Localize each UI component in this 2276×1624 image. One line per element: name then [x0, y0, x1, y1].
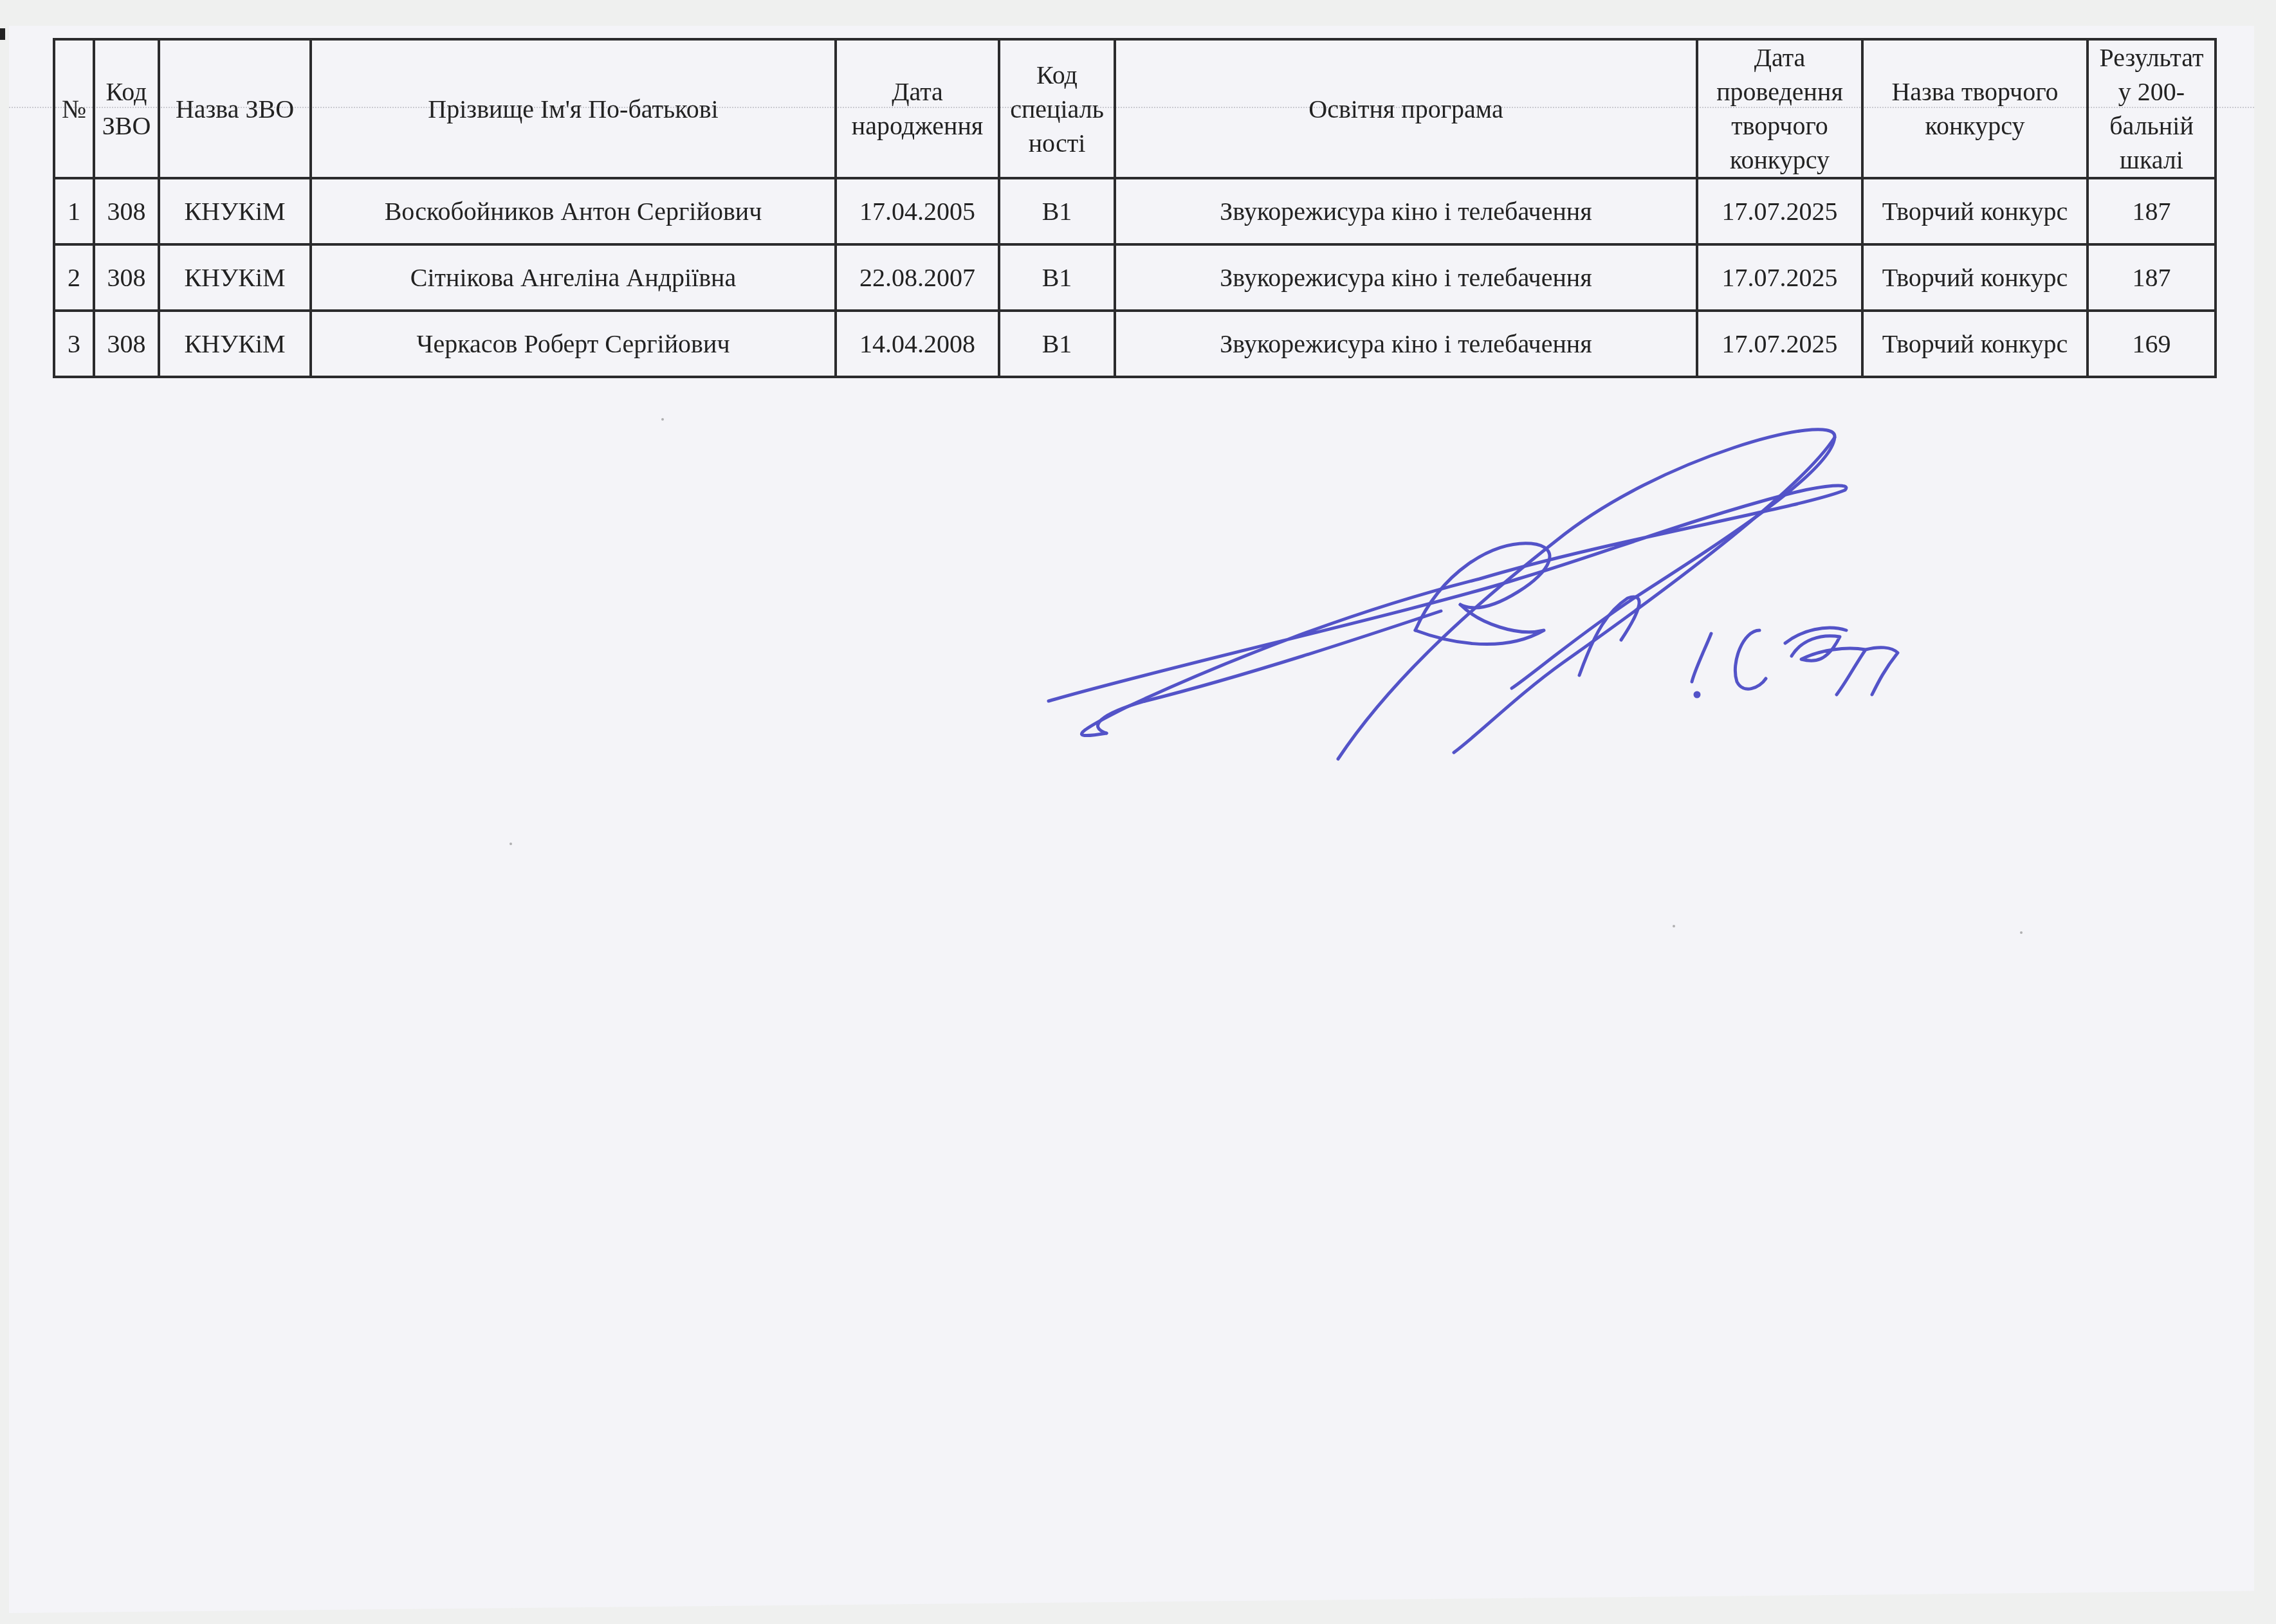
cell-birth-date: 14.04.2008	[836, 311, 999, 377]
header-number: №	[54, 39, 94, 178]
cell-score: 169	[2088, 311, 2216, 377]
header-institution-code: Код ЗВО	[94, 39, 159, 178]
cell-full-name: Воскобойников Антон Сергійович	[311, 178, 836, 244]
header-specialty-code: Код спеціаль ності	[999, 39, 1115, 178]
header-full-name: Прізвище Ім'я По-батькові	[311, 39, 836, 178]
cell-birth-date: 22.08.2007	[836, 244, 999, 311]
cell-institution-code: 308	[94, 311, 159, 377]
header-birth-date: Дата народження	[836, 39, 999, 178]
scan-dust	[661, 418, 664, 421]
cell-program: Звукорежисура кіно і телебачення	[1115, 244, 1697, 311]
scan-dust	[2020, 931, 2023, 934]
cell-institution-name: КНУКіМ	[159, 311, 311, 377]
signature-strokes	[1049, 430, 1898, 759]
cell-contest-date: 17.07.2025	[1697, 244, 1862, 311]
header-contest-name: Назва творчого конкурсу	[1862, 39, 2088, 178]
cell-specialty-code: B1	[999, 311, 1115, 377]
scan-edge-mark	[0, 28, 5, 40]
scan-dust	[1673, 925, 1675, 927]
cell-specialty-code: B1	[999, 244, 1115, 311]
cell-program: Звукорежисура кіно і телебачення	[1115, 178, 1697, 244]
cell-full-name: Сітнікова Ангеліна Андріївна	[311, 244, 836, 311]
cell-specialty-code: B1	[999, 178, 1115, 244]
header-contest-date: Дата проведення творчого конкурсу	[1697, 39, 1862, 178]
table-header-row: № Код ЗВО Назва ЗВО Прізвище Ім'я По-бат…	[54, 39, 2216, 178]
scan-dust	[509, 843, 512, 845]
header-program: Освітня програма	[1115, 39, 1697, 178]
cell-contest-date: 17.07.2025	[1697, 311, 1862, 377]
results-table: № Код ЗВО Назва ЗВО Прізвище Ім'я По-бат…	[53, 38, 2217, 378]
cell-number: 3	[54, 311, 94, 377]
cell-score: 187	[2088, 244, 2216, 311]
cell-birth-date: 17.04.2005	[836, 178, 999, 244]
signature-image	[1029, 418, 2091, 791]
cell-score: 187	[2088, 178, 2216, 244]
header-institution-name: Назва ЗВО	[159, 39, 311, 178]
cell-full-name: Черкасов Роберт Сергійович	[311, 311, 836, 377]
cell-institution-code: 308	[94, 178, 159, 244]
table-row: 3 308 КНУКіМ Черкасов Роберт Сергійович …	[54, 311, 2216, 377]
cell-institution-name: КНУКіМ	[159, 178, 311, 244]
table-row: 1 308 КНУКіМ Воскобойников Антон Сергійо…	[54, 178, 2216, 244]
cell-contest-name: Творчий конкурс	[1862, 311, 2088, 377]
cell-program: Звукорежисура кіно і телебачення	[1115, 311, 1697, 377]
header-score: Результат у 200-бальній шкалі	[2088, 39, 2216, 178]
cell-number: 1	[54, 178, 94, 244]
cell-contest-name: Творчий конкурс	[1862, 244, 2088, 311]
cell-number: 2	[54, 244, 94, 311]
cell-institution-name: КНУКіМ	[159, 244, 311, 311]
cell-contest-name: Творчий конкурс	[1862, 178, 2088, 244]
cell-contest-date: 17.07.2025	[1697, 178, 1862, 244]
table-row: 2 308 КНУКіМ Сітнікова Ангеліна Андріївн…	[54, 244, 2216, 311]
cell-institution-code: 308	[94, 244, 159, 311]
